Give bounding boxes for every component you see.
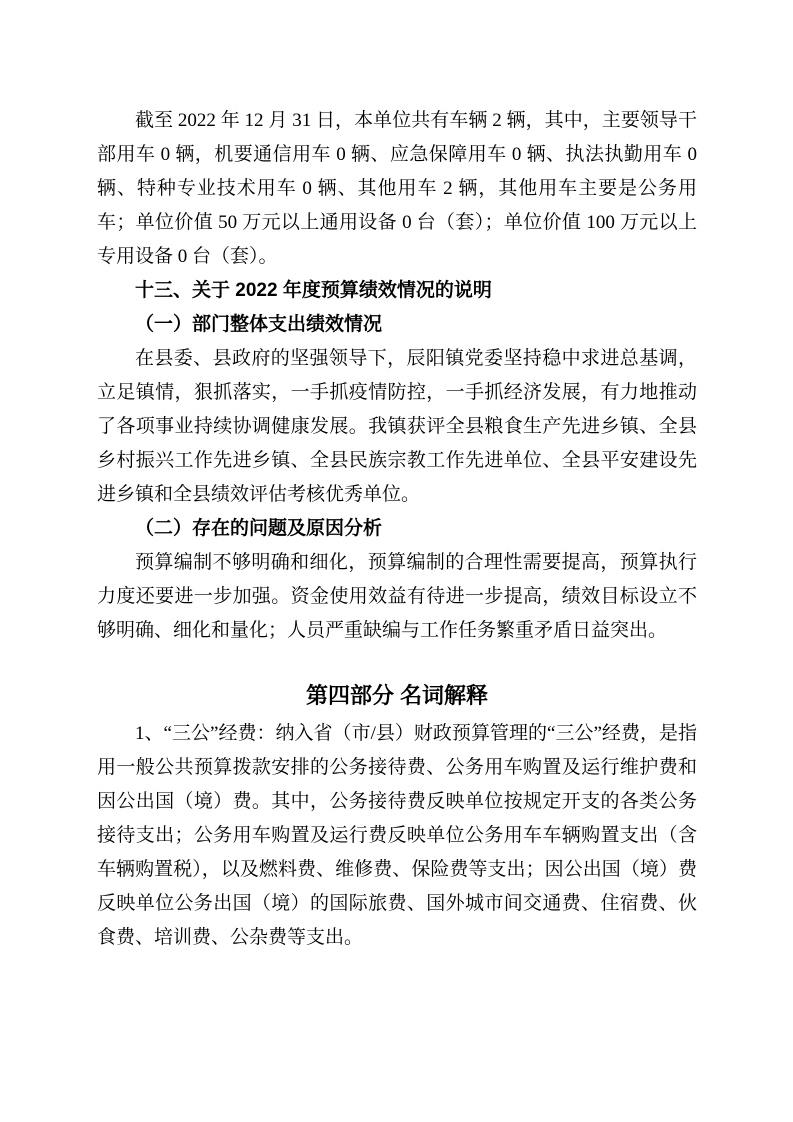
heading-subsection-2-problems-analysis: （二）存在的问题及原因分析 bbox=[97, 512, 697, 546]
paragraph-performance-overview: 在县委、县政府的坚强领导下，辰阳镇党委坚持稳中求进总基调，立足镇情，狠抓落实，一… bbox=[97, 342, 697, 512]
paragraph-problems-analysis: 预算编制不够明确和细化，预算编制的合理性需要提高，预算执行力度还要进一步加强。资… bbox=[97, 546, 697, 648]
document-page: 截至 2022 年 12 月 31 日，本单位共有车辆 2 辆，其中，主要领导干… bbox=[0, 0, 793, 1122]
heading-section-13: 十三、关于 2022 年度预算绩效情况的说明 bbox=[97, 274, 697, 308]
heading-subsection-1-overall-performance: （一）部门整体支出绩效情况 bbox=[97, 308, 697, 342]
heading-part-4-glossary: 第四部分 名词解释 bbox=[97, 679, 697, 713]
paragraph-term-three-public-funds: 1、“三公”经费：纳入省（市/县）财政预算管理的“三公”经费，是指用一般公共预算… bbox=[97, 717, 697, 955]
paragraph-vehicle-assets: 截至 2022 年 12 月 31 日，本单位共有车辆 2 辆，其中，主要领导干… bbox=[97, 104, 697, 274]
document-content: 截至 2022 年 12 月 31 日，本单位共有车辆 2 辆，其中，主要领导干… bbox=[97, 104, 697, 955]
